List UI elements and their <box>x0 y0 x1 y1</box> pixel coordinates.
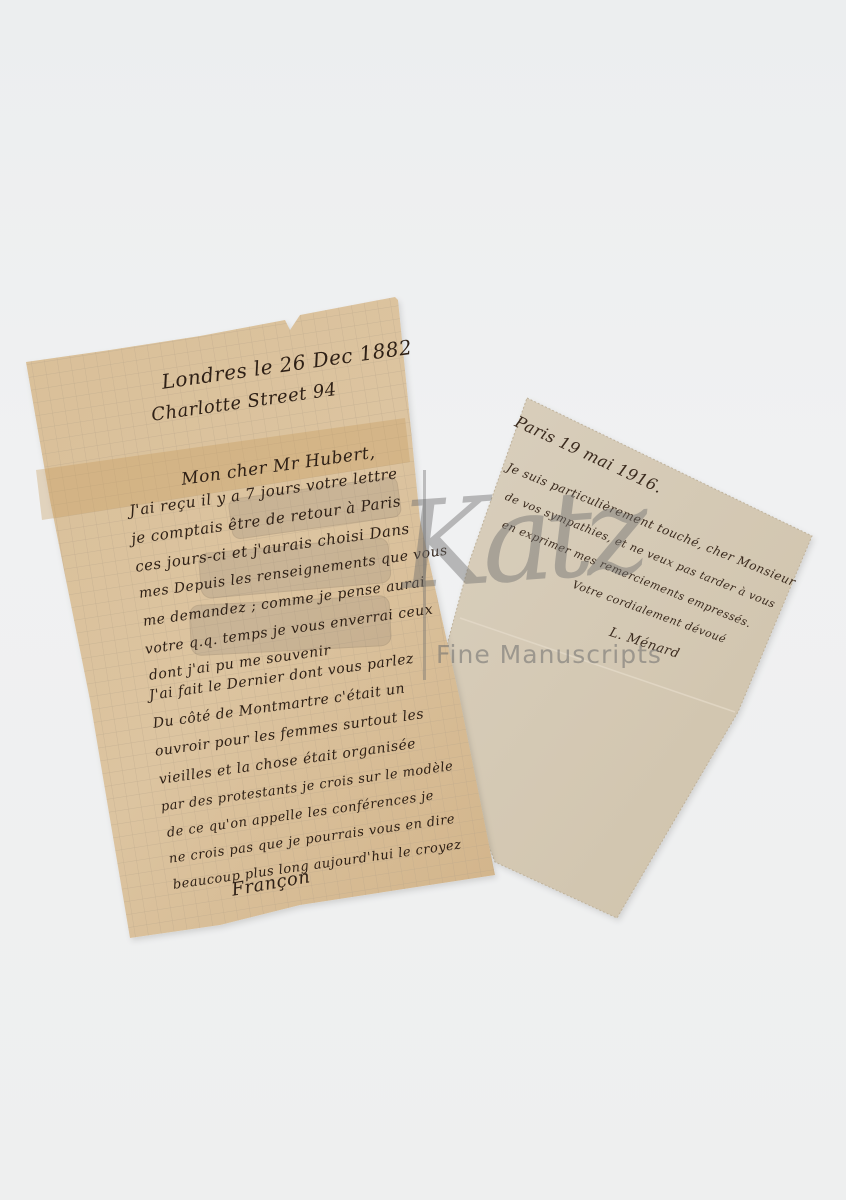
photo-scene: Londres le 26 Dec 1882 Charlotte Street … <box>0 0 846 1200</box>
watermark-logo: Katz <box>395 462 645 617</box>
watermark-text: Fine Manuscripts <box>436 640 662 669</box>
